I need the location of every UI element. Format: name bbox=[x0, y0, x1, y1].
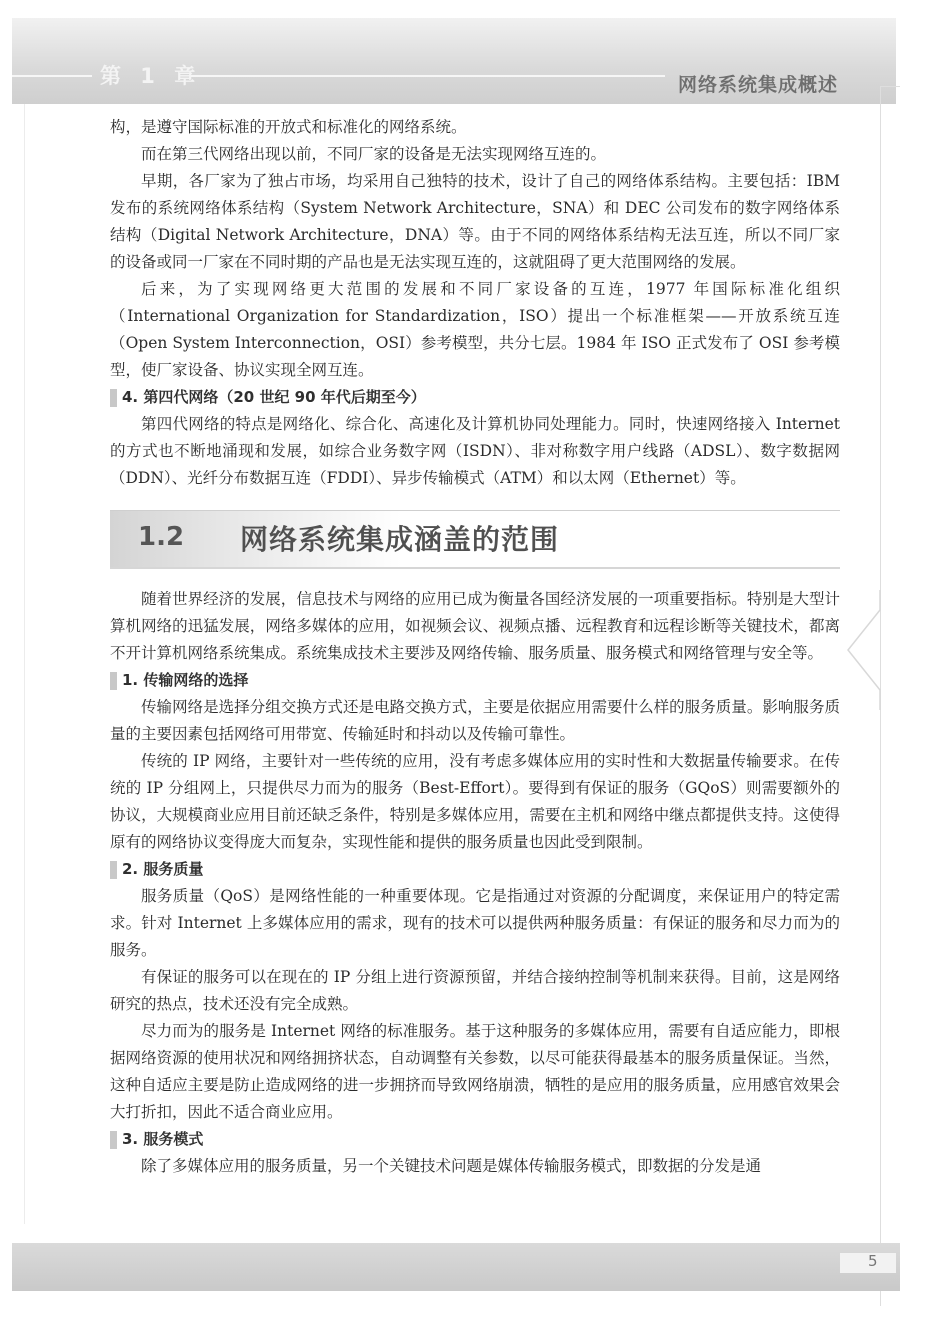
paragraph: 后来，为了实现网络更大范围的发展和不同厂家设备的互连，1977 年国际标准化组织… bbox=[110, 276, 840, 384]
subheading-text: 4. 第四代网络（20 世纪 90 年代后期至今） bbox=[122, 384, 426, 411]
page-edge-notch-icon bbox=[846, 590, 882, 710]
subheading-text: 3. 服务模式 bbox=[122, 1126, 203, 1153]
header-divider-middle bbox=[190, 75, 665, 77]
footer-band bbox=[12, 1243, 900, 1291]
section-number: 1.2 bbox=[138, 522, 184, 552]
paragraph: 早期，各厂家为了独占市场，均采用自己独特的技术，设计了自己的网络体系结构。主要包… bbox=[110, 168, 840, 276]
chapter-label: 第 1 章 bbox=[100, 60, 201, 90]
subheading-qos: 2. 服务质量 bbox=[110, 856, 840, 883]
paragraph: 第四代网络的特点是网络化、综合化、高速化及计算机协同处理能力。同时，快速网络接入… bbox=[110, 411, 840, 492]
paragraph: 而在第三代网络出现以前，不同厂家的设备是无法实现网络互连的。 bbox=[110, 141, 840, 168]
subheading-service-mode: 3. 服务模式 bbox=[110, 1126, 840, 1153]
paragraph: 传输网络是选择分组交换方式还是电路交换方式，主要是依据应用需要什么样的服务质量。… bbox=[110, 694, 840, 748]
paragraph: 尽力而为的服务是 Internet 网络的标准服务。基于这种服务的多媒体应用，需… bbox=[110, 1018, 840, 1126]
subheading-marker bbox=[110, 389, 117, 407]
paragraph: 传统的 IP 网络，主要针对一些传统的应用，没有考虑多媒体应用的实时性和大数据量… bbox=[110, 748, 840, 856]
subheading-marker bbox=[110, 1131, 117, 1149]
section-title: 网络系统集成涵盖的范围 bbox=[240, 518, 559, 558]
header-divider-left bbox=[12, 75, 92, 77]
right-margin-tick bbox=[880, 86, 900, 87]
paragraph: 服务质量（QoS）是网络性能的一种重要体现。它是指通过对资源的分配调度，来保证用… bbox=[110, 883, 840, 964]
chapter-title: 网络系统集成概述 bbox=[678, 70, 838, 97]
subheading-marker bbox=[110, 672, 117, 690]
paragraph: 随着世界经济的发展，信息技术与网络的应用已成为衡量各国经济发展的一项重要指标。特… bbox=[110, 586, 840, 667]
subheading-text: 1. 传输网络的选择 bbox=[122, 667, 248, 694]
left-margin-rule bbox=[24, 104, 25, 1224]
paragraph: 除了多媒体应用的服务质量，另一个关键技术问题是媒体传输服务模式，即数据的分发是通 bbox=[110, 1153, 840, 1180]
subheading-marker bbox=[110, 861, 117, 879]
page-number: 5 bbox=[868, 1252, 878, 1270]
subheading-fourth-generation: 4. 第四代网络（20 世纪 90 年代后期至今） bbox=[110, 384, 840, 411]
paragraph: 构，是遵守国际标准的开放式和标准化的网络系统。 bbox=[110, 114, 840, 141]
section-heading: 1.2 网络系统集成涵盖的范围 bbox=[110, 502, 840, 574]
subheading-text: 2. 服务质量 bbox=[122, 856, 203, 883]
paragraph: 有保证的服务可以在现在的 IP 分组上进行资源预留，并结合接纳控制等机制来获得。… bbox=[110, 964, 840, 1018]
subheading-transport-network: 1. 传输网络的选择 bbox=[110, 667, 840, 694]
page-body: 构，是遵守国际标准的开放式和标准化的网络系统。 而在第三代网络出现以前，不同厂家… bbox=[110, 114, 840, 1180]
